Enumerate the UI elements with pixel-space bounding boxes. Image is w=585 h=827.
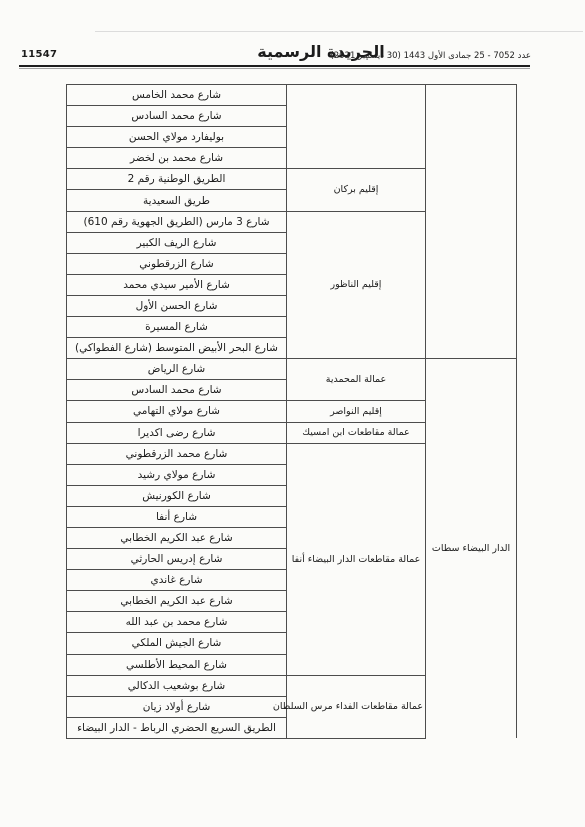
street-cell: شارع محمد بن عبد الله	[67, 612, 287, 633]
street-cell: شارع رضى اكديرا	[67, 422, 287, 443]
table-row: شارع محمد الخامس	[67, 85, 517, 106]
streets-table: شارع محمد الخامسشارع محمد السادسبوليفارد…	[66, 84, 517, 739]
page-number: 11547	[21, 49, 57, 60]
street-cell: شارع محمد الزرقطوني	[67, 443, 287, 464]
issue-info: عدد 7052 - 25 جمادى الأول 1443 (30 ديسمب…	[330, 51, 531, 61]
street-cell: شارع عبد الكريم الخطابي	[67, 591, 287, 612]
region-cell: الدار البيضاء سطات	[426, 359, 517, 739]
street-cell: شارع إدريس الحارثي	[67, 549, 287, 570]
street-cell: شارع مولاي رشيد	[67, 464, 287, 485]
street-cell: شارع محمد السادس	[67, 380, 287, 401]
province-cell: عمالة مقاطعات ابن امسيك	[287, 422, 426, 443]
street-cell: بوليفارد مولاي الحسن	[67, 127, 287, 148]
street-cell: الطريق الوطنية رقم 2	[67, 169, 287, 190]
region-cell	[426, 85, 517, 359]
gazette-page: 11547 الجريدة الرسمية عدد 7052 - 25 جماد…	[0, 0, 585, 827]
scan-artifact-line	[95, 31, 583, 32]
province-cell: عمالة المحمدية	[287, 359, 426, 401]
street-cell: شارع أنفا	[67, 506, 287, 527]
street-cell: شارع محمد السادس	[67, 106, 287, 127]
street-cell: شارع الحسن الأول	[67, 295, 287, 316]
province-cell: إقليم بركان	[287, 169, 426, 211]
street-cell: شارع المسيرة	[67, 317, 287, 338]
street-cell: شارع أولاد زيان	[67, 696, 287, 717]
street-cell: شارع الرياض	[67, 359, 287, 380]
header-rule	[19, 65, 530, 67]
street-cell: شارع غاندي	[67, 570, 287, 591]
street-cell: شارع الجيش الملكي	[67, 633, 287, 654]
street-cell: الطريق السريع الحضري الرباط - الدار البي…	[67, 717, 287, 738]
province-cell: إقليم الناظور	[287, 211, 426, 359]
street-cell: شارع 3 مارس (الطريق الجهوية رقم 610)	[67, 211, 287, 232]
street-cell: شارع الريف الكبير	[67, 232, 287, 253]
street-cell: شارع مولاي التهامي	[67, 401, 287, 422]
street-cell: شارع البحر الأبيض المتوسط (شارع الفطواكي…	[67, 338, 287, 359]
street-cell: شارع الزرقطوني	[67, 253, 287, 274]
province-cell	[287, 85, 426, 169]
table-row: الدار البيضاء سطاتعمالة المحمديةشارع الر…	[67, 359, 517, 380]
street-cell: شارع بوشعيب الدكالي	[67, 675, 287, 696]
street-cell: شارع الأمير سيدي محمد	[67, 274, 287, 295]
street-cell: شارع عبد الكريم الخطابي	[67, 527, 287, 548]
streets-table-body: شارع محمد الخامسشارع محمد السادسبوليفارد…	[67, 85, 517, 739]
province-cell: عمالة مقاطعات الفداء مرس السلطان	[287, 675, 426, 738]
street-cell: شارع محمد بن لخضر	[67, 148, 287, 169]
street-cell: شارع الكورنيش	[67, 485, 287, 506]
street-cell: طريق السعيدية	[67, 190, 287, 211]
street-cell: شارع محمد الخامس	[67, 85, 287, 106]
street-cell: شارع المحيط الأطلسي	[67, 654, 287, 675]
province-cell: إقليم النواصر	[287, 401, 426, 422]
province-cell: عمالة مقاطعات الدار البيضاء أنفا	[287, 443, 426, 675]
